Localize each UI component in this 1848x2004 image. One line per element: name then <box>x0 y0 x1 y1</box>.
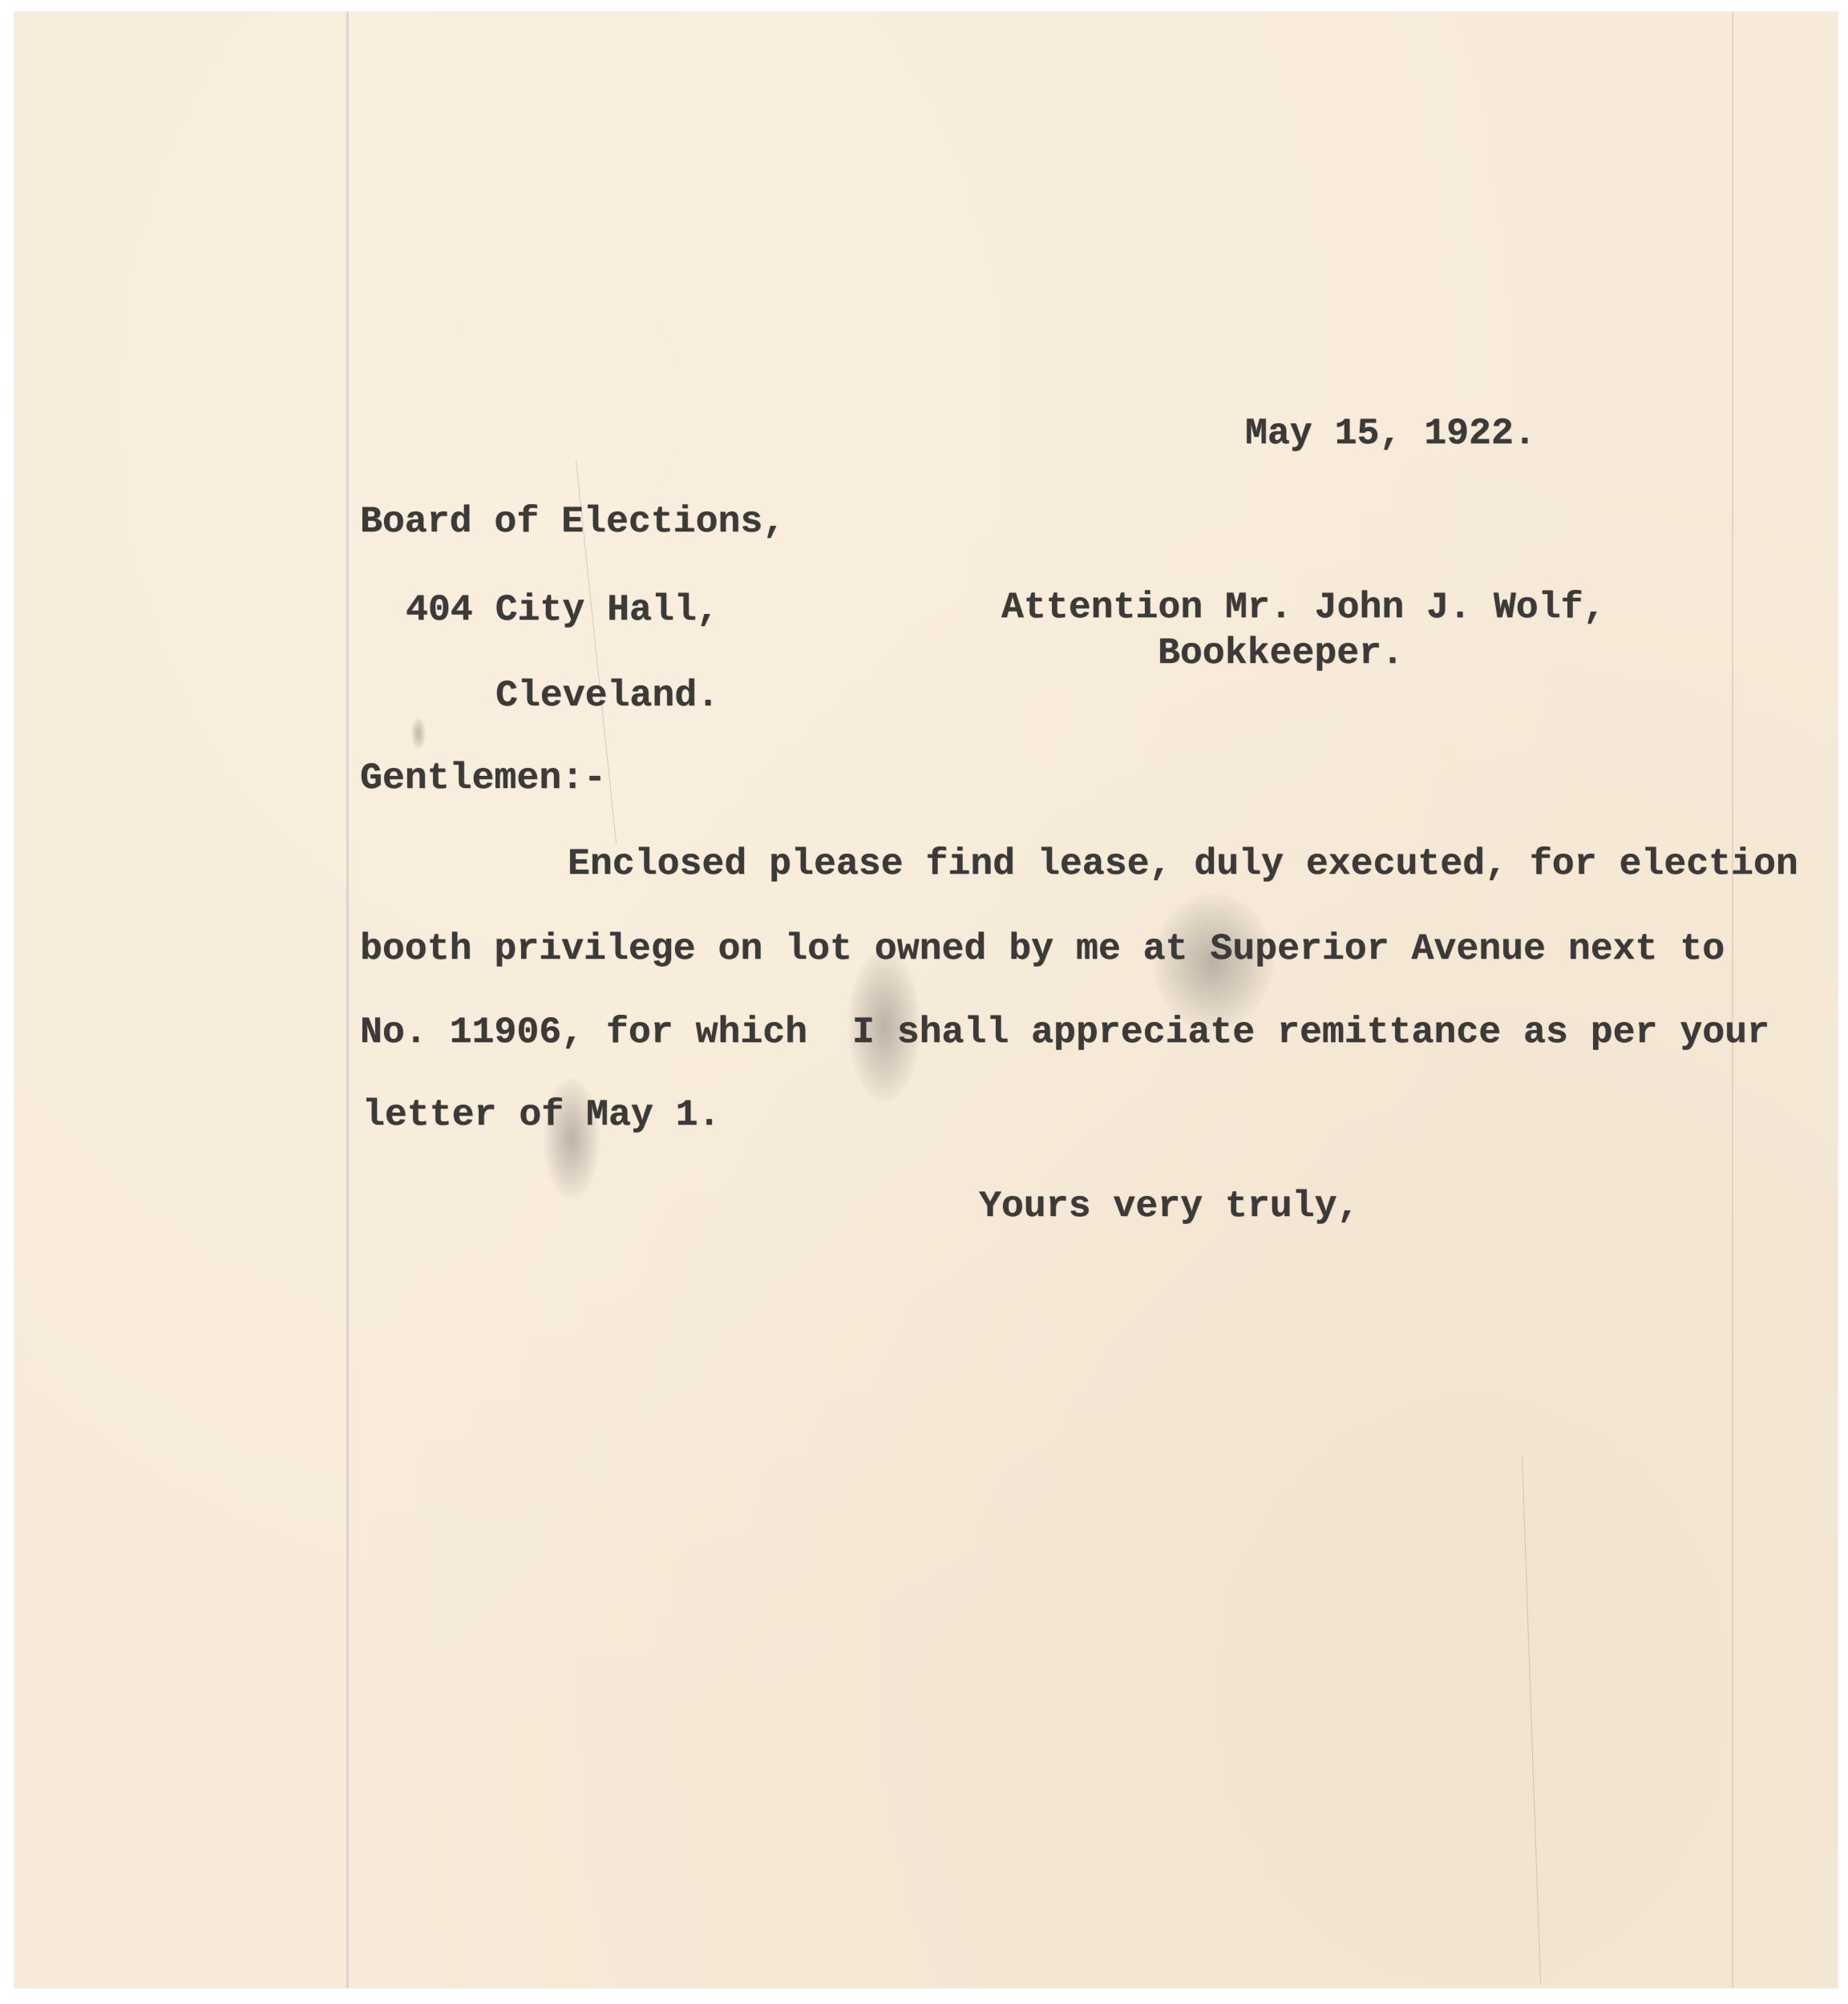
recipient-name: Board of Elections, <box>360 503 785 541</box>
recipient-address: 404 City Hall, <box>406 592 719 629</box>
ink-speck <box>411 717 426 749</box>
body-line-2: booth privilege on lot owned by me at Su… <box>360 931 1725 968</box>
attention-title: Bookkeeper. <box>1158 635 1404 673</box>
letter-paper <box>14 12 1838 1988</box>
body-line-3: No. 11906, for which I shall appreciate … <box>360 1014 1769 1052</box>
paper-crease-lower <box>1522 1455 1541 1984</box>
recipient-city: Cleveland. <box>495 677 719 715</box>
body-line-4: letter of May 1. <box>362 1097 720 1134</box>
attention-line: Attention Mr. John J. Wolf, <box>1001 589 1605 627</box>
closing: Yours very truly, <box>979 1188 1359 1226</box>
salutation: Gentlemen:- <box>360 760 606 798</box>
letter-date: May 15, 1922. <box>1245 415 1536 453</box>
body-line-1: Enclosed please find lease, duly execute… <box>568 846 1798 883</box>
left-margin-rule <box>346 12 349 1988</box>
right-fold-line <box>1732 12 1733 1988</box>
